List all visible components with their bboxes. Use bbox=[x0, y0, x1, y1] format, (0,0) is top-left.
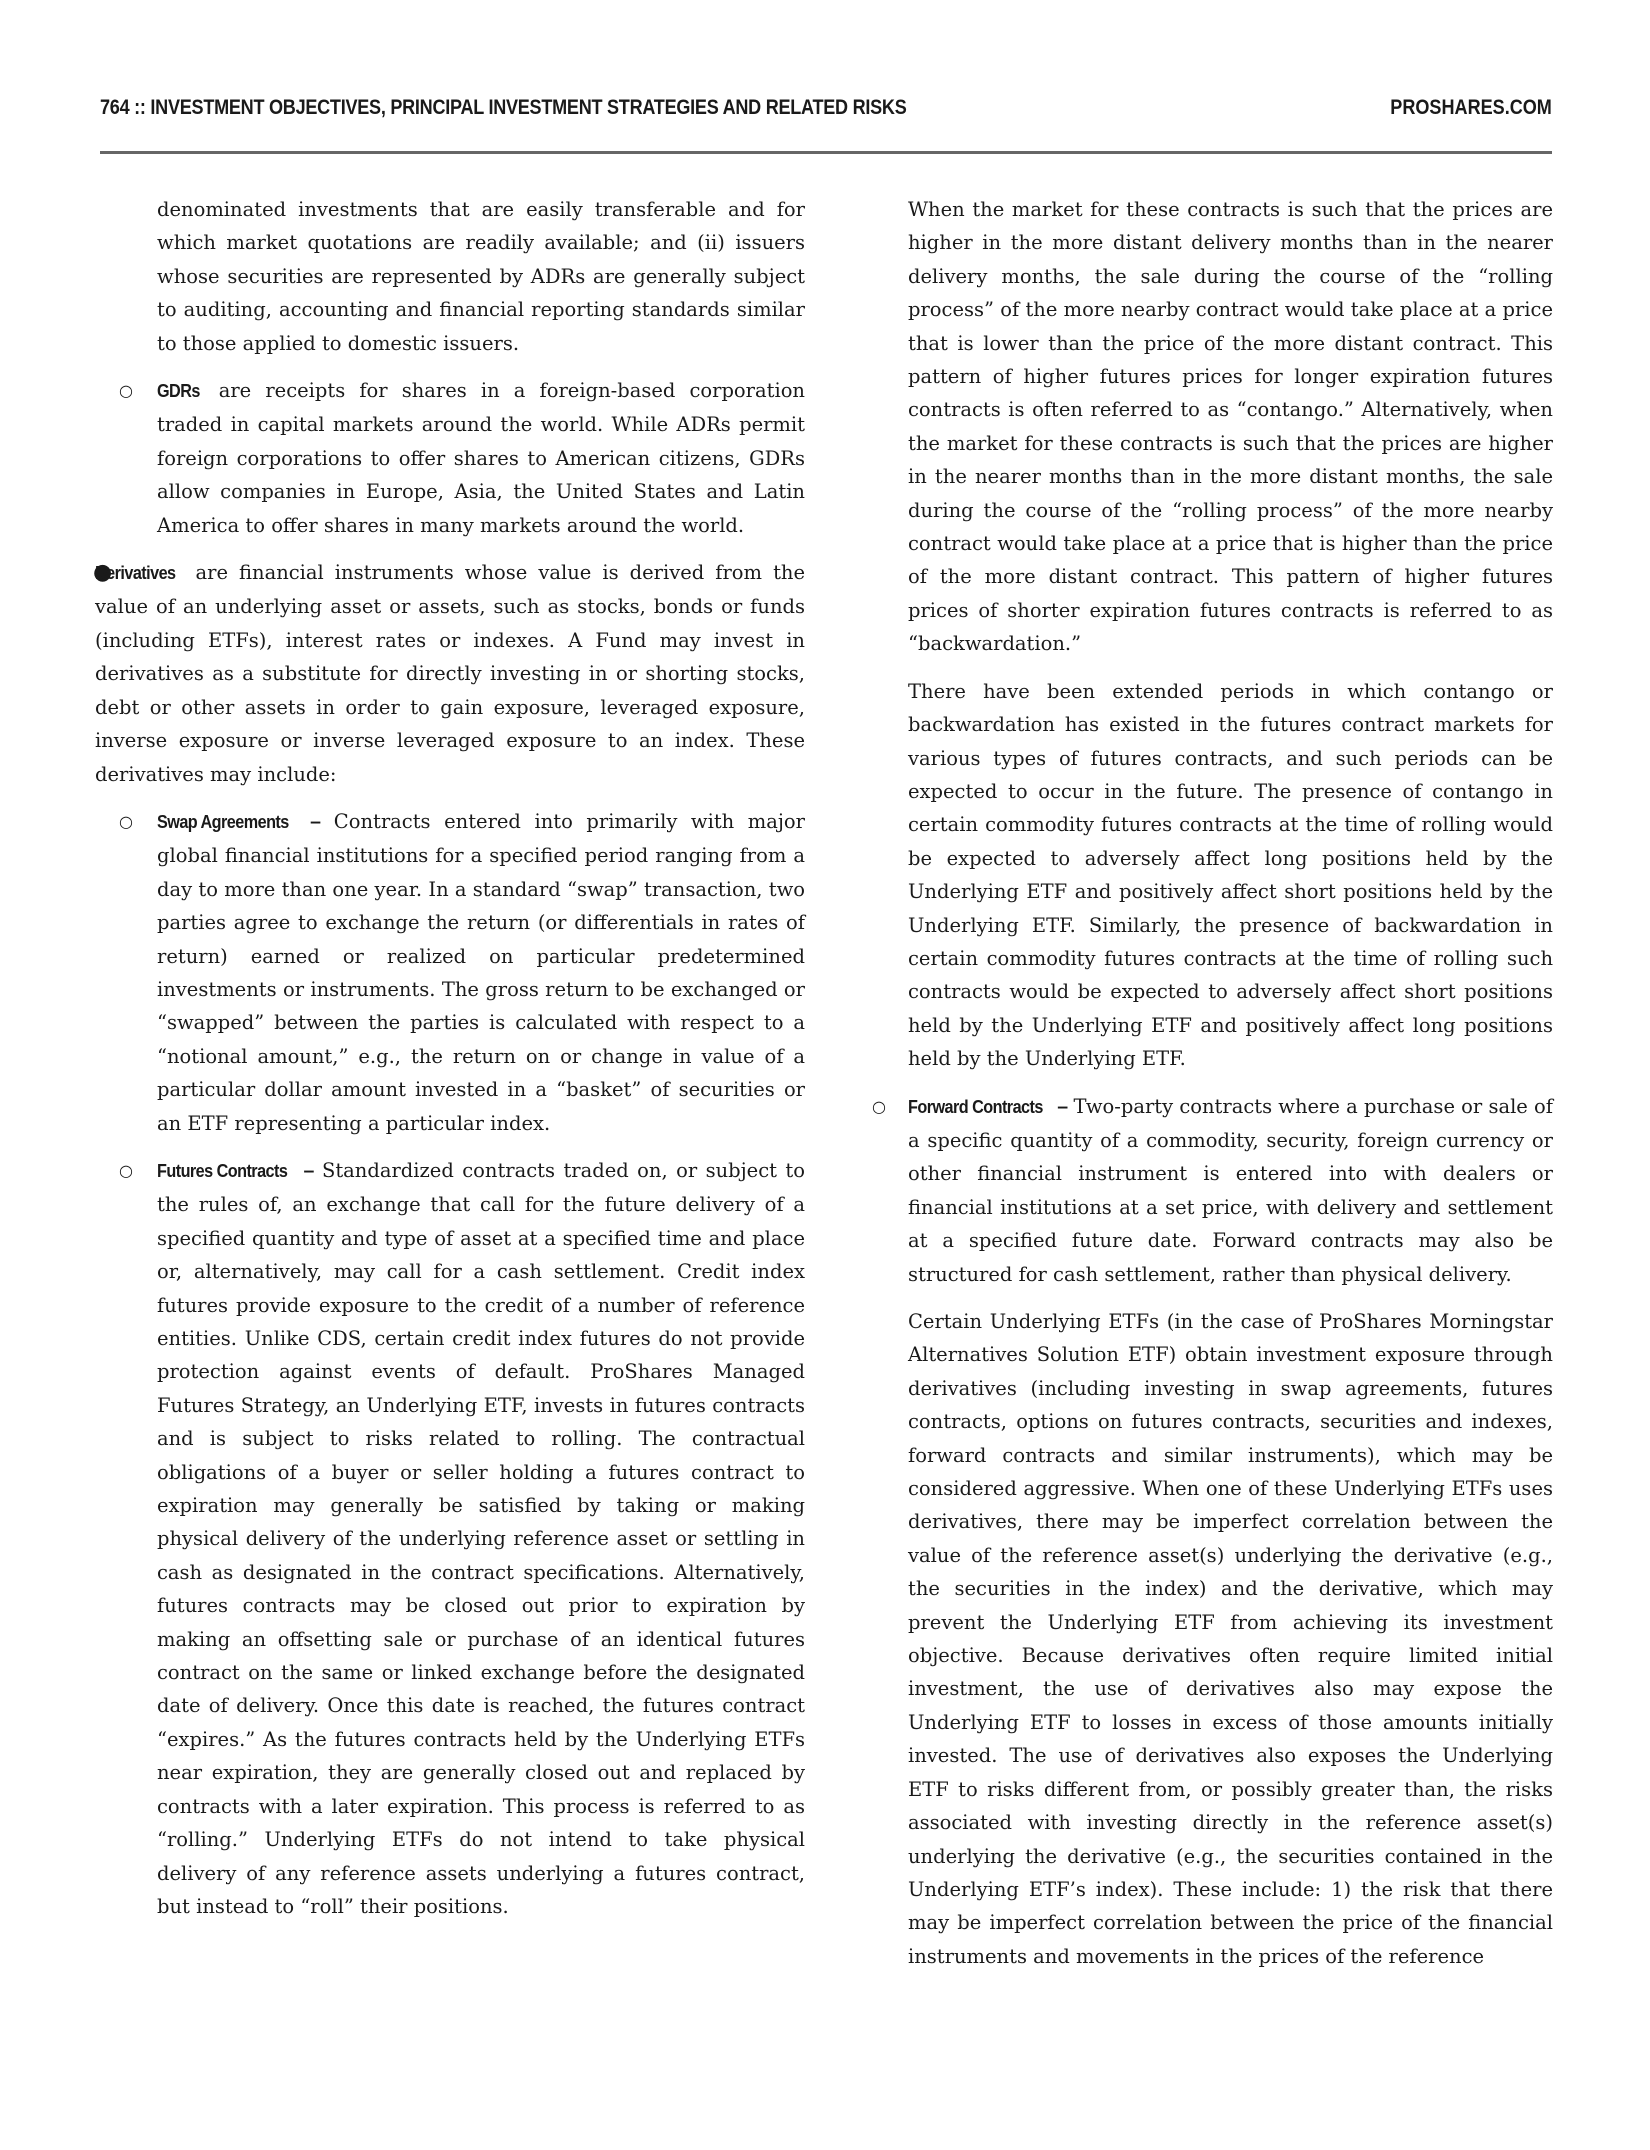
header-title: 764 :: INVESTMENT OBJECTIVES, PRINCIPAL … bbox=[100, 96, 906, 120]
right-column: When the market for these contracts is s… bbox=[908, 193, 1553, 1987]
list-item-gdrs: ○ GDRs are receipts for shares in a fore… bbox=[157, 374, 805, 542]
gdrs-term: GDRs bbox=[157, 375, 200, 408]
list-item-forward-contracts: ○ Forward Contracts – Two-party contract… bbox=[908, 1090, 1553, 1291]
forward-dash: – bbox=[1052, 1096, 1074, 1118]
sub-bullet-icon: ○ bbox=[119, 1154, 133, 1187]
page-header: 764 :: INVESTMENT OBJECTIVES, PRINCIPAL … bbox=[100, 96, 1552, 136]
forward-contracts-term: Forward Contracts bbox=[908, 1091, 1043, 1124]
extended-periods-paragraph: There have been extended periods in whic… bbox=[908, 675, 1553, 1076]
left-column: denominated investments that are easily … bbox=[95, 193, 805, 1937]
futures-contracts-term: Futures Contracts bbox=[157, 1155, 287, 1188]
gdrs-text: are receipts for shares in a foreign-bas… bbox=[157, 379, 805, 537]
page-number: 764 bbox=[100, 96, 129, 119]
swap-agreements-text: Contracts entered into primarily with ma… bbox=[157, 810, 805, 1135]
derivatives-term: Derivatives bbox=[95, 557, 176, 590]
derivatives-text: are financial instruments whose value is… bbox=[95, 561, 805, 785]
contango-paragraph: When the market for these contracts is s… bbox=[908, 193, 1553, 661]
futures-dash: – bbox=[296, 1160, 322, 1182]
list-item-swap-agreements: ○ Swap Agreements – Contracts entered in… bbox=[157, 805, 805, 1140]
header-rule bbox=[100, 151, 1552, 154]
list-item-derivatives: ● Derivatives are financial instruments … bbox=[95, 556, 805, 791]
certain-etfs-paragraph: Certain Underlying ETFs (in the case of … bbox=[908, 1305, 1553, 1973]
site-name: PROSHARES.COM bbox=[1390, 96, 1552, 120]
futures-contracts-text: Standardized contracts traded on, or sub… bbox=[157, 1159, 805, 1918]
section-title: INVESTMENT OBJECTIVES, PRINCIPAL INVESTM… bbox=[150, 96, 906, 119]
swap-dash: – bbox=[297, 811, 333, 833]
list-item-futures-contracts: ○ Futures Contracts – Standardized contr… bbox=[157, 1154, 805, 1923]
swap-agreements-term: Swap Agreements bbox=[157, 806, 289, 839]
sub-bullet-icon: ○ bbox=[119, 805, 133, 838]
adr-continued-paragraph: denominated investments that are easily … bbox=[157, 193, 805, 360]
sub-bullet-icon: ○ bbox=[872, 1090, 886, 1123]
header-separator: :: bbox=[134, 96, 146, 119]
sub-bullet-icon: ○ bbox=[119, 374, 133, 407]
